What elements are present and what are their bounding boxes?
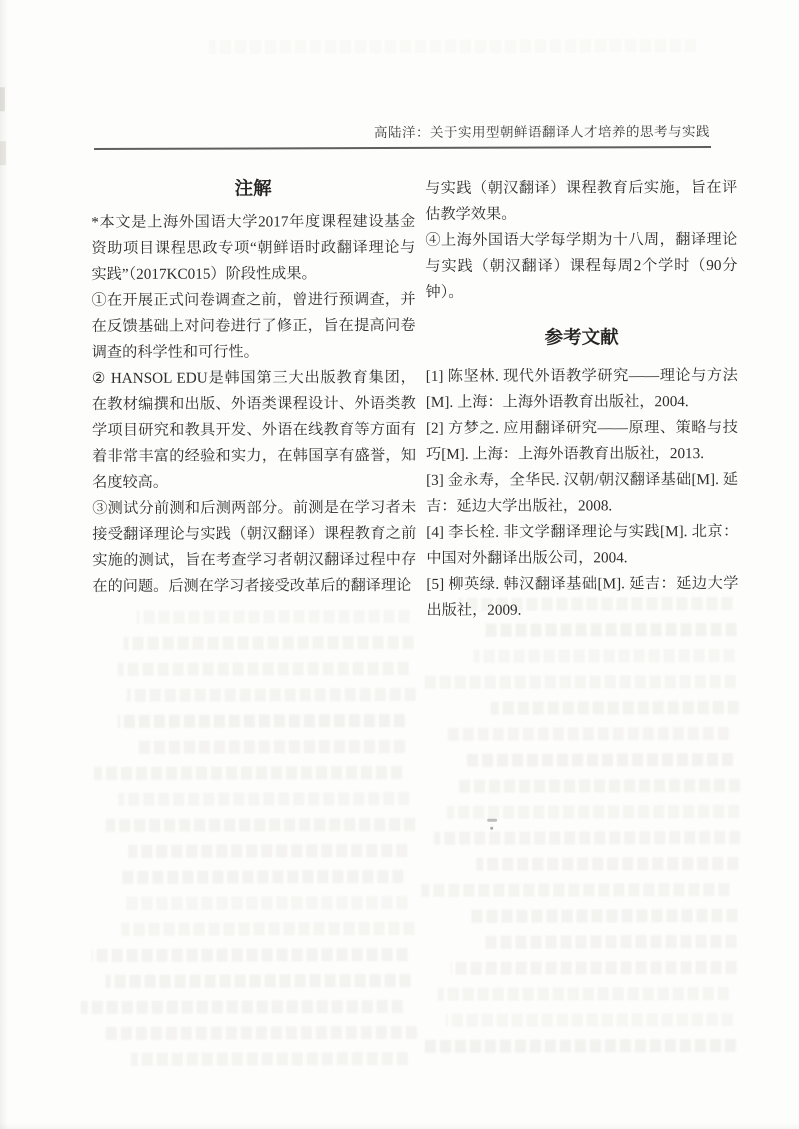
bleedthrough-row	[465, 753, 733, 767]
references-heading: 参考文献	[426, 325, 738, 352]
bleedthrough-top-margin	[89, 39, 709, 67]
scan-artifact-edge-mark	[0, 87, 5, 111]
reference-entry: [1] 陈坚林. 现代外语教学研究——理论与方法[M]. 上海：上海外语教育出版…	[426, 363, 738, 416]
reference-entry: [2] 方梦之. 应用翻译研究——原理、策略与技巧[M]. 上海：上海外语教育出…	[426, 415, 738, 468]
reference-entry: [5] 柳英绿. 韩汉翻译基础[M]. 延吉：延边大学出版社，2009.	[426, 571, 738, 624]
bleedthrough-row	[424, 675, 736, 689]
bleedthrough-row	[476, 857, 738, 871]
scan-artifact-dash	[487, 819, 497, 822]
header-rule	[94, 146, 711, 150]
bleedthrough-row	[81, 1000, 403, 1014]
notes-continued-paragraphs: 与实践（朝汉翻译）课程教育后实施，旨在评估教学效果。④上海外国语大学每学期为十八…	[425, 175, 737, 306]
notes-heading: 注解	[91, 176, 415, 203]
bleedthrough-row	[208, 39, 695, 54]
bleedthrough-row	[457, 779, 740, 793]
note-paragraph: ④上海外国语大学每学期为十八周，翻译理论与实践（朝汉翻译）课程每周2个学时（90…	[425, 227, 737, 306]
bleedthrough-row	[121, 870, 403, 884]
bleedthrough-row	[139, 740, 405, 754]
bleedthrough-row	[129, 844, 407, 858]
scan-content: 高陆洋：关于实用型朝鲜语翻译人才培养的思考与实践 注解 *本文是上海外国语大学2…	[0, 0, 799, 1129]
bleedthrough-row	[474, 649, 735, 663]
scanned-page: 高陆洋：关于实用型朝鲜语翻译人才培养的思考与实践 注解 *本文是上海外国语大学2…	[0, 0, 799, 1129]
bleedthrough-row	[127, 688, 416, 702]
bleedthrough-row	[121, 922, 415, 936]
bleedthrough-row	[425, 1039, 736, 1053]
bleedthrough-row	[484, 623, 737, 637]
bleedthrough-row	[131, 1052, 408, 1066]
bleedthrough-row	[470, 909, 738, 923]
bleedthrough-row	[106, 974, 411, 988]
scan-artifact-dot	[490, 827, 493, 830]
bleedthrough-row	[491, 701, 739, 715]
bleedthrough-row	[118, 792, 409, 806]
bleedthrough-row	[421, 883, 729, 897]
bleedthrough-row	[446, 1013, 732, 1027]
bleedthrough-row	[450, 961, 736, 975]
bleedthrough-row	[447, 805, 739, 819]
note-paragraph: 与实践（朝汉翻译）课程教育后实施，旨在评估教学效果。	[425, 175, 737, 228]
bleedthrough-row	[94, 766, 403, 780]
scan-artifact-edge-mark	[0, 141, 6, 165]
bleedthrough-left-column	[88, 610, 416, 1079]
bleedthrough-row	[434, 831, 740, 845]
bleedthrough-row	[117, 714, 405, 728]
note-paragraph: ③测试分前测和后测两部分。前测是在学习者未接受翻译理论与实践（朝汉翻译）课程教育…	[92, 495, 416, 600]
bleedthrough-right-column	[424, 597, 741, 1066]
notes-paragraphs: *本文是上海外国语大学2017年度课程建设基金资助项目课程思政专项“朝鲜语时政翻…	[91, 209, 416, 600]
bleedthrough-row	[124, 636, 414, 650]
notes-column: 注解 *本文是上海外国语大学2017年度课程建设基金资助项目课程思政专项“朝鲜语…	[91, 176, 416, 600]
bleedthrough-row	[124, 896, 408, 910]
bleedthrough-row	[136, 610, 409, 624]
bleedthrough-row	[118, 662, 409, 676]
bleedthrough-row	[482, 935, 737, 949]
running-title: 高陆洋：关于实用型朝鲜语翻译人才培养的思考与实践	[374, 124, 710, 140]
note-paragraph: ①在开展正式问卷调查之前，曾进行预调查，并在反馈基础上对问卷进行了修正，旨在提高…	[91, 287, 415, 366]
running-header: 高陆洋：关于实用型朝鲜语翻译人才培养的思考与实践	[94, 120, 710, 142]
bleedthrough-row	[438, 987, 729, 1001]
bleedthrough-row	[106, 818, 415, 832]
reference-entry: [4] 李长栓. 非文学翻译理论与实践[M]. 北京：中国对外翻译出版公司，20…	[426, 519, 738, 572]
reference-list: [1] 陈坚林. 现代外语教学研究——理论与方法[M]. 上海：上海外语教育出版…	[426, 363, 739, 624]
note-paragraph: *本文是上海外国语大学2017年度课程建设基金资助项目课程思政专项“朝鲜语时政翻…	[91, 209, 415, 288]
reference-entry: [3] 金永寿，全华民. 汉朝/朝汉翻译基础[M]. 延吉：延边大学出版社，20…	[426, 467, 738, 520]
right-column: 与实践（朝汉翻译）课程教育后实施，旨在评估教学效果。④上海外国语大学每学期为十八…	[425, 175, 738, 624]
bleedthrough-row	[447, 727, 729, 741]
note-paragraph: ② HANSOL EDU是韩国第三大出版教育集团，在教材编撰和出版、外语类课程设…	[92, 365, 416, 496]
bleedthrough-row	[92, 948, 408, 962]
bleedthrough-row	[106, 1026, 417, 1040]
